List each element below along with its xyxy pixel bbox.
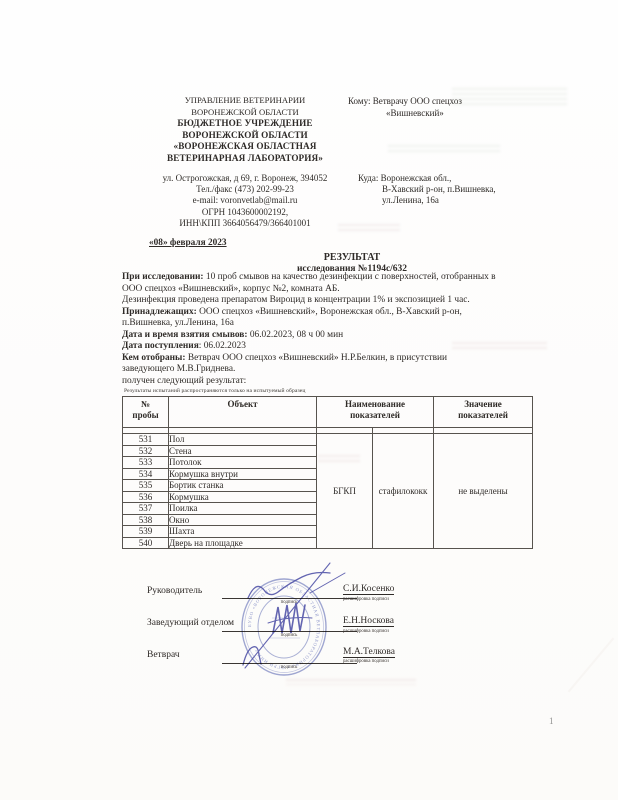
- contact-line: e-mail: voronvetlab@mail.ru: [122, 195, 368, 206]
- signature-role: Руководитель: [147, 586, 202, 596]
- org-line-bold: «ВОРОНЕЖСКАЯ ОБЛАСТНАЯ: [122, 141, 368, 153]
- org-line-bold: ВОРОНЕЖСКОЙ ОБЛАСТИ: [122, 130, 368, 142]
- destination-line: В-Хавский р-он, п.Вишневка,: [358, 184, 523, 195]
- contact-line: Тел./факс (473) 202-99-23: [122, 184, 368, 195]
- body-line: Дезинфекция проведена препаратом Вироцид…: [122, 295, 562, 307]
- body-line: п.Вишневка, ул.Ленина, 16а: [122, 318, 562, 330]
- col-header-sample-no: №пробы: [123, 397, 169, 428]
- document-title: РЕЗУЛЬТАТ: [122, 252, 582, 263]
- body-line: Дата поступления: 06.02.2023: [122, 341, 562, 353]
- contact-line: ОГРН 1043600002192,: [122, 207, 368, 218]
- recipient-line: Кому: Ветврачу ООО спецхоз: [348, 96, 523, 108]
- recipient-block: Кому: Ветврачу ООО спецхоз «Вишневский»: [348, 96, 523, 119]
- col-header-indicators: Наименованиепоказателей: [317, 397, 434, 428]
- handwritten-signatures: [243, 563, 345, 668]
- org-line-bold: ВЕТЕРИНАРНАЯ ЛАБОРАТОРИЯ»: [122, 153, 368, 165]
- table-header-row: №пробы Объект Наименованиепоказателей Зн…: [123, 397, 533, 428]
- findings-text: При исследовании: 10 проб смывов на каче…: [122, 272, 562, 387]
- org-contact-block: ул. Острогожская, д 69, г. Воронеж, 3940…: [122, 173, 368, 229]
- col-header-values: Значениепоказателей: [434, 397, 533, 428]
- scan-crease: [568, 638, 615, 693]
- indicator-bgkp: БГКП: [317, 434, 373, 549]
- page-number: 1: [549, 716, 554, 726]
- body-line: ООО спецхоз «Вишневский», корпус №2, ком…: [122, 284, 562, 296]
- body-line: Дата и время взятия смывов: 06.02.2023, …: [122, 330, 562, 342]
- contact-line: ул. Острогожская, д 69, г. Воронеж, 3940…: [122, 173, 368, 184]
- org-line: УПРАВЛЕНИЕ ВЕТЕРИНАРИИ: [122, 95, 368, 107]
- destination-line: Куда: Воронежская обл.,: [358, 173, 523, 184]
- body-line: получен следующий результат:: [122, 376, 562, 388]
- body-line: Кем отобраны: Ветврач ООО спецхоз «Вишне…: [122, 353, 562, 365]
- body-line: Принадлежащих: ООО спецхоз «Вишневский»,…: [122, 307, 562, 319]
- scanned-document-page: УПРАВЛЕНИЕ ВЕТЕРИНАРИИ ВОРОНЕЖСКОЙ ОБЛАС…: [0, 0, 618, 800]
- result-value: не выделены: [434, 434, 533, 549]
- indicator-staph: стафилококк: [373, 434, 434, 549]
- round-stamp: БУВО «ВОРОНЕЖСКАЯ ОБЛАСТНАЯ ВЕТЛАБОРАТОР…: [212, 552, 358, 694]
- org-header: УПРАВЛЕНИЕ ВЕТЕРИНАРИИ ВОРОНЕЖСКОЙ ОБЛАС…: [122, 95, 368, 165]
- destination-block: Куда: Воронежская обл., В-Хавский р-он, …: [358, 173, 523, 207]
- org-line: ВОРОНЕЖСКОЙ ОБЛАСТИ: [122, 107, 368, 119]
- results-table: №пробы Объект Наименованиепоказателей Зн…: [122, 396, 533, 549]
- contact-line: ИНН\КПП 3664056479/366401001: [122, 218, 368, 229]
- body-line: При исследовании: 10 проб смывов на каче…: [122, 272, 562, 284]
- destination-line: ул.Ленина, 16а: [358, 195, 523, 206]
- disclaimer-note: Результаты испытаний распространяются то…: [124, 388, 305, 394]
- col-header-object: Объект: [169, 397, 317, 428]
- body-line: заведующего М.В.Гриднева.: [122, 364, 562, 376]
- signature-role: Ветврач: [147, 650, 180, 660]
- recipient-line: «Вишневский»: [348, 108, 523, 120]
- document-date: «08» февраля 2023: [149, 238, 227, 248]
- org-line-bold: БЮДЖЕТНОЕ УЧРЕЖДЕНИЕ: [122, 118, 368, 130]
- bleed-through-artifact: [388, 145, 500, 155]
- table-row: 531Пол БГКП стафилококк не выделены: [123, 434, 533, 446]
